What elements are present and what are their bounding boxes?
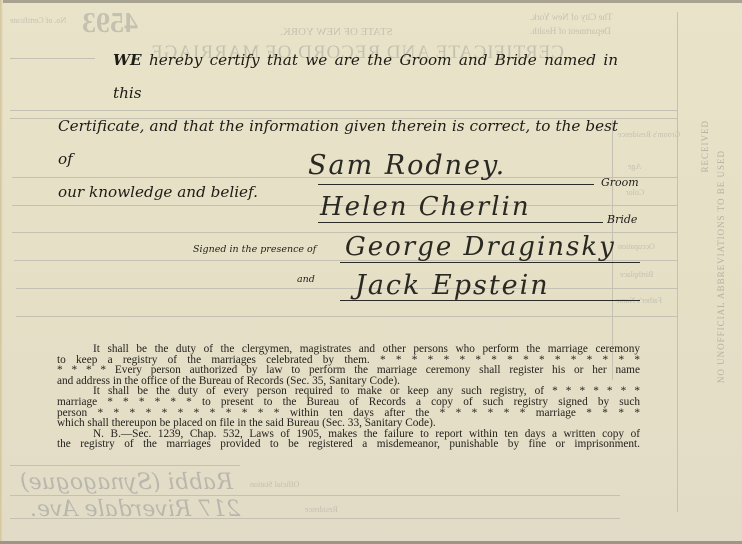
witness1-signature-line: [340, 262, 640, 263]
ghost-label-residence-bottom: Residence: [305, 505, 338, 514]
ghost-side-note-received: RECEIVED: [700, 120, 710, 173]
ghost-header-state: STATE OF NEW YORK.: [280, 26, 393, 38]
ghost-label-age: Age: [628, 162, 641, 171]
witness2-signature: Jack Epstein: [355, 270, 550, 301]
ghost-header-city: The City of New York.: [530, 12, 613, 22]
ghost-header-dept: Department of Health.: [530, 26, 611, 36]
ghost-label-occupation: Occupation: [618, 242, 655, 251]
ghost-hand-official: Rabbi (Synagogue): [20, 470, 233, 495]
page-left-edge: [0, 0, 3, 544]
ghost-rule: [10, 465, 240, 466]
certificate-page: No. of Certificate 4593 The City of New …: [0, 0, 742, 544]
groom-signature-line: [318, 184, 594, 185]
ghost-rule: [16, 288, 677, 289]
bride-label: Bride: [607, 213, 637, 226]
ghost-certificate-label: No. of Certificate: [10, 16, 66, 25]
groom-label: Groom: [601, 176, 639, 189]
groom-signature: Sam Rodney.: [308, 150, 506, 181]
certification-line-1: WE hereby certify that we are the Groom …: [113, 44, 618, 110]
bride-signature-line: [318, 222, 603, 223]
bride-signature: Helen Cherlin: [320, 192, 531, 222]
legal-line: marriage * * * * * * to present to the B…: [57, 397, 640, 408]
certification-lead-word: WE: [113, 51, 142, 69]
witness1-signature: George Draginsky: [345, 232, 616, 262]
legal-line: It shall be the duty of the clergymen, m…: [57, 344, 640, 355]
witness-and-label: and: [297, 274, 315, 285]
ghost-right-border: [677, 12, 678, 512]
ghost-label-residence: Groom's Residence: [618, 130, 680, 139]
page-top-edge: [0, 0, 742, 3]
witness2-signature-line: [340, 300, 640, 301]
ghost-label-color: Color: [626, 188, 644, 197]
ghost-label-birthplace: Birthplace: [620, 270, 653, 279]
ghost-certificate-number: 4593: [82, 8, 138, 40]
ghost-label-official-station: Official Station: [250, 480, 299, 489]
ghost-rule: [10, 495, 620, 496]
legal-line: the registry of the marriages provided t…: [57, 439, 640, 450]
witness-intro-label: Signed in the presence of: [193, 244, 316, 255]
certification-line-1-text: hereby certify that we are the Groom and…: [113, 51, 618, 102]
ghost-rule: [16, 316, 677, 317]
legal-notice: It shall be the duty of the clergymen, m…: [57, 344, 640, 450]
ghost-side-note-abbreviations: NO UNOFFICIAL ABBREVIATIONS TO BE USED: [716, 150, 726, 383]
ghost-hand-address: 217 Riverdale Ave.: [30, 497, 240, 522]
